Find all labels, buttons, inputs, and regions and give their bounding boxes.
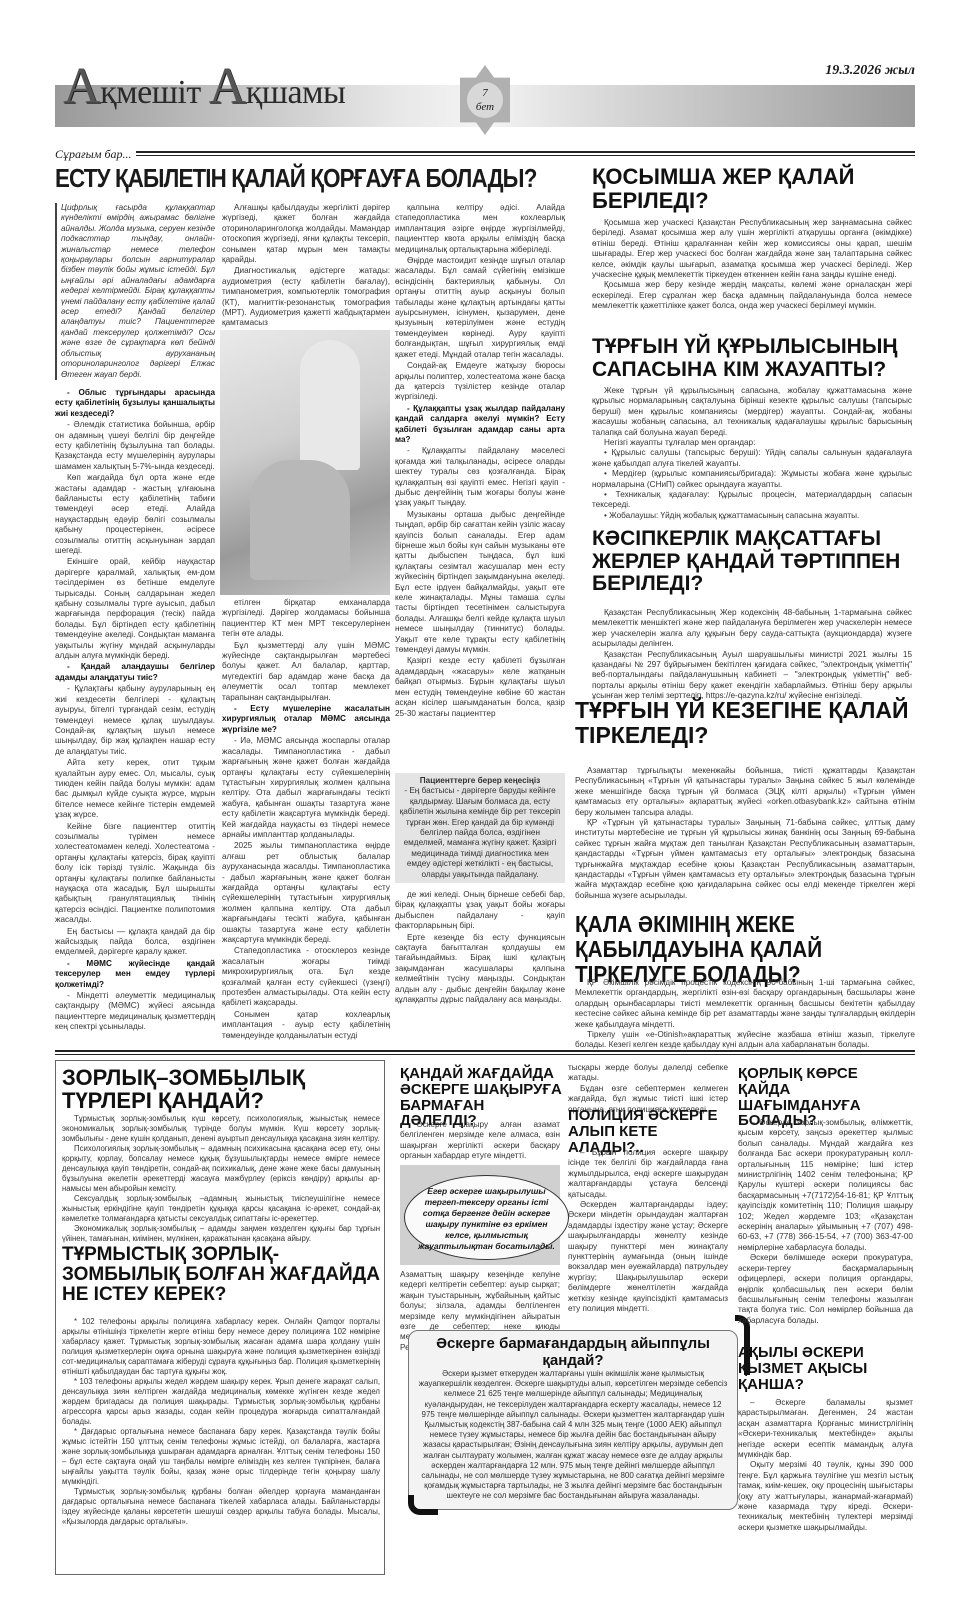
headline-paid-service: АҚЫЛЫ ӘСКЕРИ ҚЫЗМЕТ АҚЫСЫ ҚАНША? — [738, 1345, 913, 1392]
headline-business-land: КӘСІПКЕРЛІК МАҚСАТТАҒЫ ЖЕРЛЕР ҚАНДАЙ ТӘР… — [592, 528, 912, 596]
body-housing-queue: Азаматтар тұрғылықты мекенжайы бойынша, … — [575, 766, 915, 901]
paragraph: Айта кету керек, отит тұқым қуалайтын ау… — [55, 758, 215, 820]
article-column-1: Цифрлық ғасырда құлаққаптар күнделікті ө… — [55, 203, 215, 1034]
paragraph: Сондай-ақ Емдеуге жатқызу бюросы арқылы … — [395, 361, 565, 403]
article-column-3: қалпына келтіру әдісі. Алайда стапедопла… — [395, 203, 565, 720]
doctor-examination-photo — [220, 330, 390, 595]
paragraph: Сонымен қатар кохлеарлық имплантация - а… — [222, 1010, 390, 1041]
body-violence-types: Тұрмыстық зорлық-зомбылық күш көрсету, п… — [62, 1114, 380, 1244]
page-number-badge: 7 бет — [460, 65, 510, 135]
paragraph: Көп жағдайда бұл орта және егде жастағы … — [55, 473, 215, 556]
paragraph: Стапедопластика - отосклероз кезінде жас… — [222, 946, 390, 1008]
body-complaint: – Әскерде зорлық-зомбылық, өлімжеттік, қ… — [738, 1118, 913, 1326]
article-column-2-top: Алғашқы қабылдауды жергілікті дәрігер жү… — [222, 203, 390, 330]
paragraph: Қазіргі кезде есту қабілеті бұзылған ада… — [395, 656, 565, 718]
headline-violence-types: ЗОРЛЫҚ–ЗОМБЫЛЫҚ ТҮРЛЕРІ ҚАНДАЙ? — [62, 1066, 380, 1112]
paragraph: - Әлемдік статистика бойынша, әрбір он а… — [55, 420, 215, 472]
column-1-body: - Облыс тұрғындары арасында есту қабілет… — [55, 388, 215, 1033]
paragraph: - Құлаққапты пайдалану мәселесі қоғамда … — [395, 446, 565, 508]
rubric: Сұрағым бар... — [55, 145, 915, 161]
doctor-figure — [300, 340, 360, 470]
newspaper-logo: Ақмешіт Ақшамы — [63, 57, 345, 116]
main-headline: ЕСТУ ҚАБІЛЕТІН ҚАЛАЙ ҚОРҒАУҒА БОЛАДЫ? — [55, 163, 536, 194]
headline-housing-quality: ТҰРҒЫН ҮЙ ҚҰРЫЛЫСЫНЫҢ САПАСЫНА КІМ ЖАУАП… — [592, 336, 912, 381]
body-mayor-reception: ҚР Әкімшілік рәсімдік процестік кодексін… — [575, 978, 915, 1051]
paragraph: де жиі келеді. Оның бірнеше себебі бар, … — [395, 890, 565, 932]
rubric-rule — [55, 151, 915, 156]
patient-figure — [250, 460, 350, 580]
tip-box-title: Пациенттерге берер кеңесіңіз — [399, 776, 561, 786]
interview-question: - Облыс тұрғындары арасында есту қабілет… — [55, 388, 215, 419]
interview-question: - МӘМС жүйесінде қандай тексерулер мен е… — [55, 959, 215, 990]
paragraph: Ерте кезеңде біз есту функциясын сақтауғ… — [395, 933, 565, 1006]
paragraph: етілген бірқатар емханаларда жүргізіледі… — [222, 598, 390, 640]
article-column-2-bottom: етілген бірқатар емханаларда жүргізіледі… — [222, 598, 390, 1042]
headline-additional-land: ҚОСЫМША ЖЕР ҚАЛАЙ БЕРІЛЕДІ? — [592, 165, 912, 213]
patient-tip-box: Пациенттерге берер кеңесіңіз - Ең бастыс… — [395, 773, 565, 883]
paragraph: Диагностикалық әдістерге жатады: аудиоме… — [222, 266, 390, 328]
page-number: 7 — [467, 86, 503, 100]
paragraph: Өңірде мастоидит кезінде шұғыл оталар жа… — [395, 256, 565, 360]
fines-box-title: Әскерге бармағандардың айыппұлы қандай? — [417, 1335, 729, 1369]
quote-callout: Егер әскерге шақырылушы тергеп-тексеру о… — [400, 1165, 560, 1265]
interview-question: - Құлаққапты ұзақ жылдар пайдалану қанда… — [395, 404, 565, 446]
headline-housing-queue: ТҰРҒЫН ҮЙ КЕЗЕГІНЕ ҚАЛАЙ ТІРКЕЛЕДІ? — [575, 698, 915, 748]
headline-what-to-do: ТҰРМЫСТЫҚ ЗОРЛЫҚ-ЗОМБЫЛЫҚ БОЛҒАН ЖАҒДАЙД… — [62, 1245, 380, 1305]
body-what-to-do: * 102 телефоны арқылы полицияға хабарлас… — [62, 1317, 380, 1527]
paragraph: 2025 жылы тимпанопластика өңірде алғаш р… — [222, 841, 390, 945]
body-additional-land: Қосымша жер учаскесі Қазақстан Республик… — [592, 218, 912, 312]
body-valid-excuse: – Әскерге шақыру алған азамат белгіленге… — [400, 1120, 560, 1162]
paragraph: - Міндетті әлеуметтік медициналық сақтан… — [55, 991, 215, 1033]
quote-text: Егер әскерге шақырылушы тергеп-тексеру о… — [404, 1175, 569, 1260]
body-police-take: – Бұрын полиция әскерге шақыру ісінде те… — [568, 1148, 728, 1315]
page-label: бет — [467, 100, 503, 114]
headline-mayor-reception: ҚАЛА ӘКІМІНІҢ ЖЕКЕ ҚАБЫЛДАУЫНА ҚАЛАЙ ТІР… — [575, 912, 881, 986]
paragraph: қалпына келтіру әдісі. Алайда стапедопла… — [395, 203, 565, 255]
paragraph: Алғашқы қабылдауды жергілікті дәрігер жү… — [222, 203, 390, 265]
paragraph: - Иә, МӘМС аясында жоспарлы оталар жасал… — [222, 736, 390, 840]
paragraph: Ең бастысы — құлақта қандай да бір жайсы… — [55, 927, 215, 958]
body-business-land: Қазақстан Республикасының Жер кодексінің… — [592, 608, 912, 702]
paragraph: Кейіне бізге пациенттер отиттің созылмал… — [55, 822, 215, 926]
paragraph: Музыканы орташа дыбыс деңгейінде тыңдап,… — [395, 510, 565, 656]
interview-question: - Қандай алаңдаушы белгілер адамды алаңд… — [55, 662, 215, 683]
bracket-ornament — [408, 1495, 438, 1515]
section-divider — [55, 1050, 915, 1055]
fines-box-text: Әскери қызмет өткеруден жалтарғаны үшін … — [417, 1369, 729, 1502]
tip-box-text: - Ең бастысы - дәрігерге баруды кейінге … — [399, 786, 561, 880]
paragraph: Екіншіге орай, кейбір науқастар дәрігерг… — [55, 557, 215, 661]
fines-box: Әскерге бармағандардың айыппұлы қандай? … — [408, 1330, 738, 1510]
rubric-label: Сұрағым бар... — [55, 147, 136, 161]
body-housing-quality: Жеке тұрғын үй құрылысының сапасына, жоб… — [592, 386, 912, 521]
interview-question: - Есту мүшелеріне жасалатын хирургиялық … — [222, 704, 390, 735]
body-paid-service: – Әскерге баламалы қызмет қарастырылмаға… — [738, 1398, 913, 1533]
paragraph: Бұл қызметтерді алу үшін МӘМС жүйесінде … — [222, 641, 390, 703]
paragraph: - Құлақтағы қабыну ауруларының ең жиі ке… — [55, 684, 215, 757]
article-column-3-bottom: де жиі келеді. Оның бірнеше себебі бар, … — [395, 890, 565, 1006]
article-lead: Цифрлық ғасырда құлаққаптар күнделікті ө… — [55, 203, 215, 380]
issue-date: 19.3.2026 жыл — [825, 63, 915, 79]
